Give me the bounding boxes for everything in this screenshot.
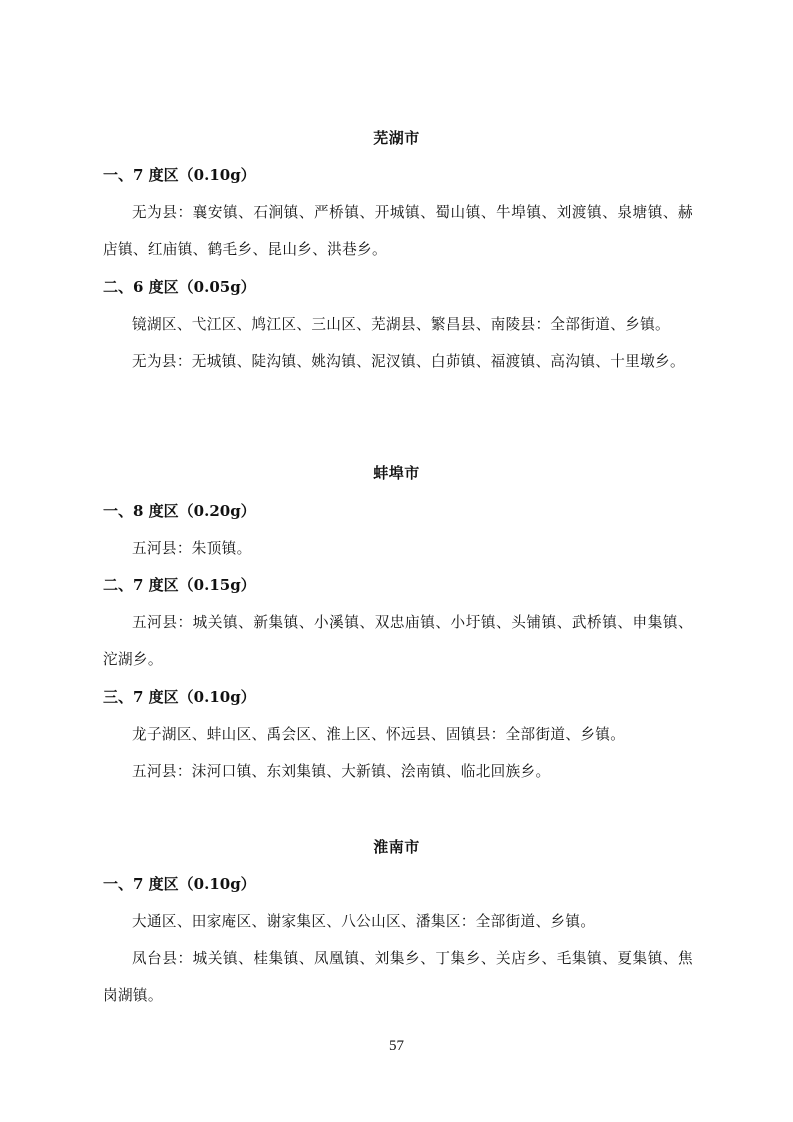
zone-heading: 一、7 度区（0.10g） [103, 874, 256, 894]
zone-paragraph: 龙子湖区、蚌山区、禹会区、淮上区、怀远县、固镇县：全部街道、乡镇。 [103, 716, 693, 753]
zone-paragraph: 五河县：沫河口镇、东刘集镇、大新镇、浍南镇、临北回族乡。 [103, 753, 693, 790]
zone-heading: 二、7 度区（0.15g） [103, 575, 256, 595]
page-number: 57 [0, 1036, 793, 1056]
zone-paragraph: 五河县：城关镇、新集镇、小溪镇、双忠庙镇、小圩镇、头铺镇、武桥镇、申集镇、沱湖乡… [103, 604, 693, 678]
zone-paragraph: 大通区、田家庵区、谢家集区、八公山区、潘集区：全部街道、乡镇。 [103, 903, 693, 940]
zone-heading: 一、8 度区（0.20g） [103, 501, 256, 521]
zone-paragraph: 镜湖区、弋江区、鸠江区、三山区、芜湖县、繁昌县、南陵县：全部街道、乡镇。 [103, 306, 693, 343]
zone-paragraph: 凤台县：城关镇、桂集镇、凤凰镇、刘集乡、丁集乡、关店乡、毛集镇、夏集镇、焦岗湖镇… [103, 940, 693, 1014]
zone-paragraph: 无为县：无城镇、陡沟镇、姚沟镇、泥汊镇、白茆镇、福渡镇、高沟镇、十里墩乡。 [103, 343, 693, 380]
city-title-bengbu: 蚌埠市 [0, 463, 793, 483]
zone-paragraph: 无为县：襄安镇、石涧镇、严桥镇、开城镇、蜀山镇、牛埠镇、刘渡镇、泉塘镇、赫店镇、… [103, 194, 693, 268]
zone-heading: 一、7 度区（0.10g） [103, 165, 256, 185]
city-title-wuhu: 芜湖市 [0, 128, 793, 148]
zone-paragraph: 五河县：朱顶镇。 [103, 530, 693, 567]
zone-heading: 三、7 度区（0.10g） [103, 687, 256, 707]
zone-heading: 二、6 度区（0.05g） [103, 277, 256, 297]
document-page: 芜湖市 一、7 度区（0.10g） 无为县：襄安镇、石涧镇、严桥镇、开城镇、蜀山… [0, 0, 793, 1122]
city-title-huainan: 淮南市 [0, 837, 793, 857]
